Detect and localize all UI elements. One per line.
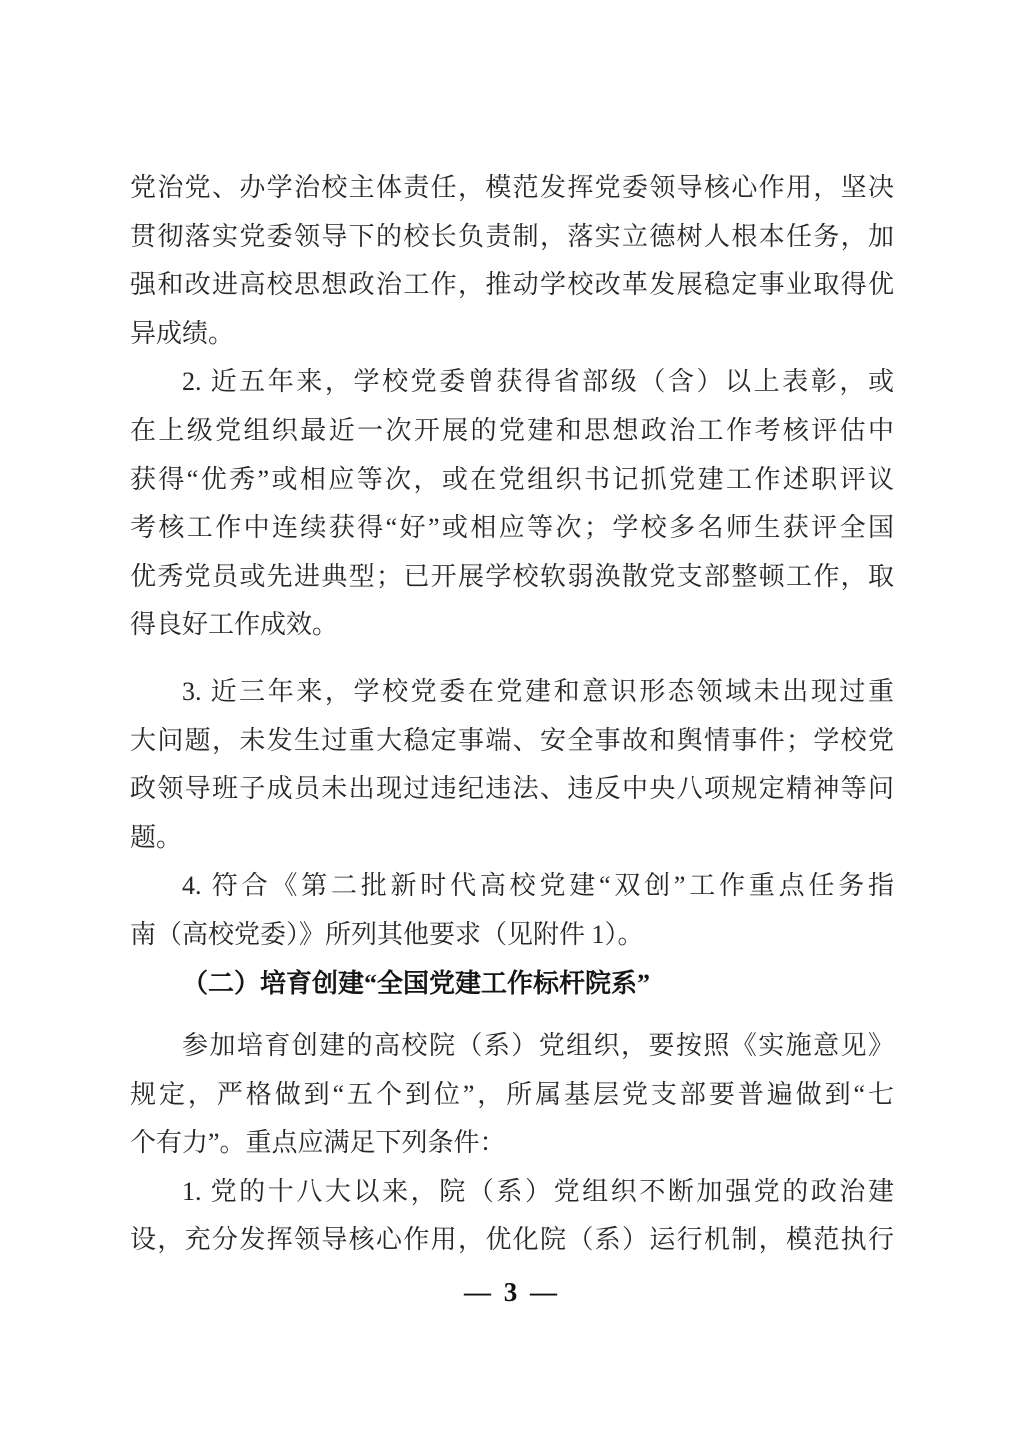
section-heading: （二）培育创建“全国党建工作标杆院系”: [130, 960, 894, 1009]
body-line: 强和改进高校思想政治工作，推动学校改革发展稳定事业取得优: [130, 261, 894, 310]
body-line: 3. 近三年来，学校党委在党建和意识形态领域未出现过重: [130, 668, 894, 717]
body-line: 考核工作中连续获得“好”或相应等次；学校多名师生获评全国: [130, 504, 894, 553]
body-line: 规定，严格做到“五个到位”，所属基层党支部要普遍做到“七: [130, 1071, 894, 1120]
body-line: 在上级党组织最近一次开展的党建和思想政治工作考核评估中: [130, 407, 894, 456]
body-line: 题。: [130, 814, 894, 863]
body-line: 优秀党员或先进典型；已开展学校软弱涣散党支部整顿工作，取: [130, 553, 894, 602]
body-line: 2. 近五年来，学校党委曾获得省部级（含）以上表彰，或: [130, 358, 894, 407]
body-line: 1. 党的十八大以来，院（系）党组织不断加强党的政治建: [130, 1168, 894, 1217]
body-line: 政领导班子成员未出现过违纪违法、违反中央八项规定精神等问: [130, 765, 894, 814]
document-page: 党治党、办学治校主体责任，模范发挥党委领导核心作用，坚决贯彻落实党委领导下的校长…: [0, 0, 1024, 1447]
body-line: 获得“优秀”或相应等次，或在党组织书记抓党建工作述职评议: [130, 456, 894, 505]
body-line: 个有力”。重点应满足下列条件：: [130, 1119, 894, 1168]
body-line: 设，充分发挥领导核心作用，优化院（系）运行机制，模范执行: [130, 1216, 894, 1265]
body-line: 贯彻落实党委领导下的校长负责制，落实立德树人根本任务，加: [130, 213, 894, 262]
body-line: 大问题，未发生过重大稳定事端、安全事故和舆情事件；学校党: [130, 717, 894, 766]
body-line: 党治党、办学治校主体责任，模范发挥党委领导核心作用，坚决: [130, 164, 894, 213]
body-line: 得良好工作成效。: [130, 601, 894, 650]
body-line: 南（高校党委）》所列其他要求（见附件 1）。: [130, 911, 894, 960]
body-line: 异成绩。: [130, 310, 894, 359]
document-body: 党治党、办学治校主体责任，模范发挥党委领导核心作用，坚决贯彻落实党委领导下的校长…: [130, 164, 894, 1265]
body-line: 4. 符合《第二批新时代高校党建“双创”工作重点任务指: [130, 862, 894, 911]
body-line: 参加培育创建的高校院（系）党组织，要按照《实施意见》: [130, 1022, 894, 1071]
page-number: — 3 —: [130, 1277, 894, 1308]
